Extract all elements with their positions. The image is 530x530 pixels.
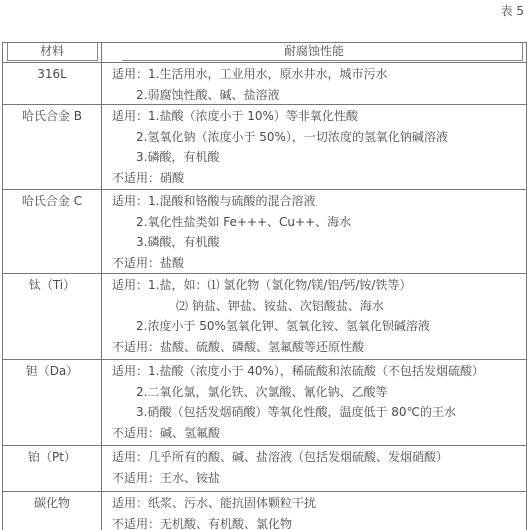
corrosion-resistance-table: 材料 耐腐蚀性能 316L适用：1.生活用水，工业用水，原水井水，城市污水2.弱…: [2, 42, 527, 530]
material-cell: 钛（Ti）: [3, 274, 102, 359]
performance-line: 3.磷酸，有机酸: [112, 232, 526, 253]
performance-line: 适用：纸浆、污水、能抗固体颗粒干扰: [112, 493, 526, 514]
performance-line: 不适用：盐酸: [112, 253, 526, 274]
table-number-label: 表 5: [501, 2, 524, 19]
table-row: 碳化物适用：纸浆、污水、能抗固体颗粒干扰不适用：无机酸、有机酸、氯化物: [3, 492, 526, 530]
performance-cell: 适用：几乎所有的酸、碱、盐溶液（包括发烟硫酸、发烟硝酸）不适用：王水、铵盐: [102, 446, 526, 491]
performance-cell: 适用：1.生活用水，工业用水，原水井水，城市污水2.弱腐蚀性酸、碱、盐溶液: [102, 63, 526, 104]
material-cell: 铂（Pt）: [3, 446, 102, 491]
performance-line: 适用：1.生活用水，工业用水，原水井水，城市污水: [112, 64, 526, 85]
performance-line: 适用：1.盐酸（浓度小于 40%），稀硫酸和浓硫酸（不包括发烟硫酸）: [112, 361, 526, 382]
material-cell: 哈氏合金 B: [3, 105, 102, 189]
material-cell: 316L: [3, 63, 102, 104]
performance-line: ⑵ 钠盐、钾盐、铵盐、次铝酸盐、海水: [112, 296, 526, 317]
performance-cell: 适用：纸浆、污水、能抗固体颗粒干扰不适用：无机酸、有机酸、氯化物: [102, 492, 526, 530]
performance-line: 2.二氧化氯，氯化铁、次氯酸、氰化钠、乙酸等: [112, 382, 526, 403]
table-row: 钛（Ti）适用：1.盐，如：⑴ 氯化物（氯化物/镁/铝/钙/铵/铁等）⑵ 钠盐、…: [3, 274, 526, 360]
performance-line: 不适用：无机酸、有机酸、氯化物: [112, 514, 526, 530]
material-cell: 碳化物: [3, 492, 102, 530]
performance-line: 不适用：盐酸、硫酸、磷酸、氢氟酸等还原性酸: [112, 337, 526, 358]
table-row: 316L适用：1.生活用水，工业用水，原水井水，城市污水2.弱腐蚀性酸、碱、盐溶…: [3, 63, 526, 105]
table-row: 铂（Pt）适用：几乎所有的酸、碱、盐溶液（包括发烟硫酸、发烟硝酸）不适用：王水、…: [3, 446, 526, 492]
performance-cell: 适用：1.盐酸（浓度小于 10%）等非氧化性酸2.氢氧化钠（浓度小于 50%），…: [102, 105, 526, 189]
material-cell: 哈氏合金 C: [3, 190, 102, 273]
table-row: 钽（Da）适用：1.盐酸（浓度小于 40%），稀硫酸和浓硫酸（不包括发烟硫酸）2…: [3, 360, 526, 446]
table-row: 哈氏合金 B适用：1.盐酸（浓度小于 10%）等非氧化性酸2.氢氧化钠（浓度小于…: [3, 105, 526, 190]
performance-line: 适用：1.混酸和铬酸与硫酸的混合溶液: [112, 191, 526, 212]
performance-line: 3.硝酸（包括发烟硝酸）等氧化性酸，温度低于 80℃的王水: [112, 402, 526, 423]
performance-line: 不适用：硝酸: [112, 168, 526, 189]
performance-line: 2.弱腐蚀性酸、碱、盐溶液: [112, 85, 526, 106]
table-row: 哈氏合金 C适用：1.混酸和铬酸与硫酸的混合溶液2.氧化性盐类如 Fe+++、C…: [3, 190, 526, 274]
performance-line: 3.磷酸，有机酸: [112, 147, 526, 168]
performance-line: 不适用：王水、铵盐: [112, 468, 526, 489]
performance-line: 2.氧化性盐类如 Fe+++、Cu++、海水: [112, 212, 526, 233]
table-header-row: 材料 耐腐蚀性能: [3, 43, 526, 63]
performance-line: 适用：1.盐酸（浓度小于 10%）等非氧化性酸: [112, 106, 526, 127]
performance-line: 不适用：碱、氢氟酸: [112, 423, 526, 444]
header-material: 材料: [3, 43, 102, 62]
performance-line: 2.氢氧化钠（浓度小于 50%），一切浓度的氢氧化钠碱溶液: [112, 127, 526, 148]
header-performance: 耐腐蚀性能: [102, 43, 526, 62]
material-cell: 钽（Da）: [3, 360, 102, 445]
performance-line: 适用：1.盐，如：⑴ 氯化物（氯化物/镁/铝/钙/铵/铁等）: [112, 275, 526, 296]
performance-line: 适用：几乎所有的酸、碱、盐溶液（包括发烟硫酸、发烟硝酸）: [112, 447, 526, 468]
performance-cell: 适用：1.混酸和铬酸与硫酸的混合溶液2.氧化性盐类如 Fe+++、Cu++、海水…: [102, 190, 526, 273]
performance-cell: 适用：1.盐酸（浓度小于 40%），稀硫酸和浓硫酸（不包括发烟硫酸）2.二氧化氯…: [102, 360, 526, 445]
performance-line: 2.浓度小于 50%氢氧化钾、氢氧化铵、氢氧化钡碱溶液: [112, 316, 526, 337]
performance-cell: 适用：1.盐，如：⑴ 氯化物（氯化物/镁/铝/钙/铵/铁等）⑵ 钠盐、钾盐、铵盐…: [102, 274, 526, 359]
